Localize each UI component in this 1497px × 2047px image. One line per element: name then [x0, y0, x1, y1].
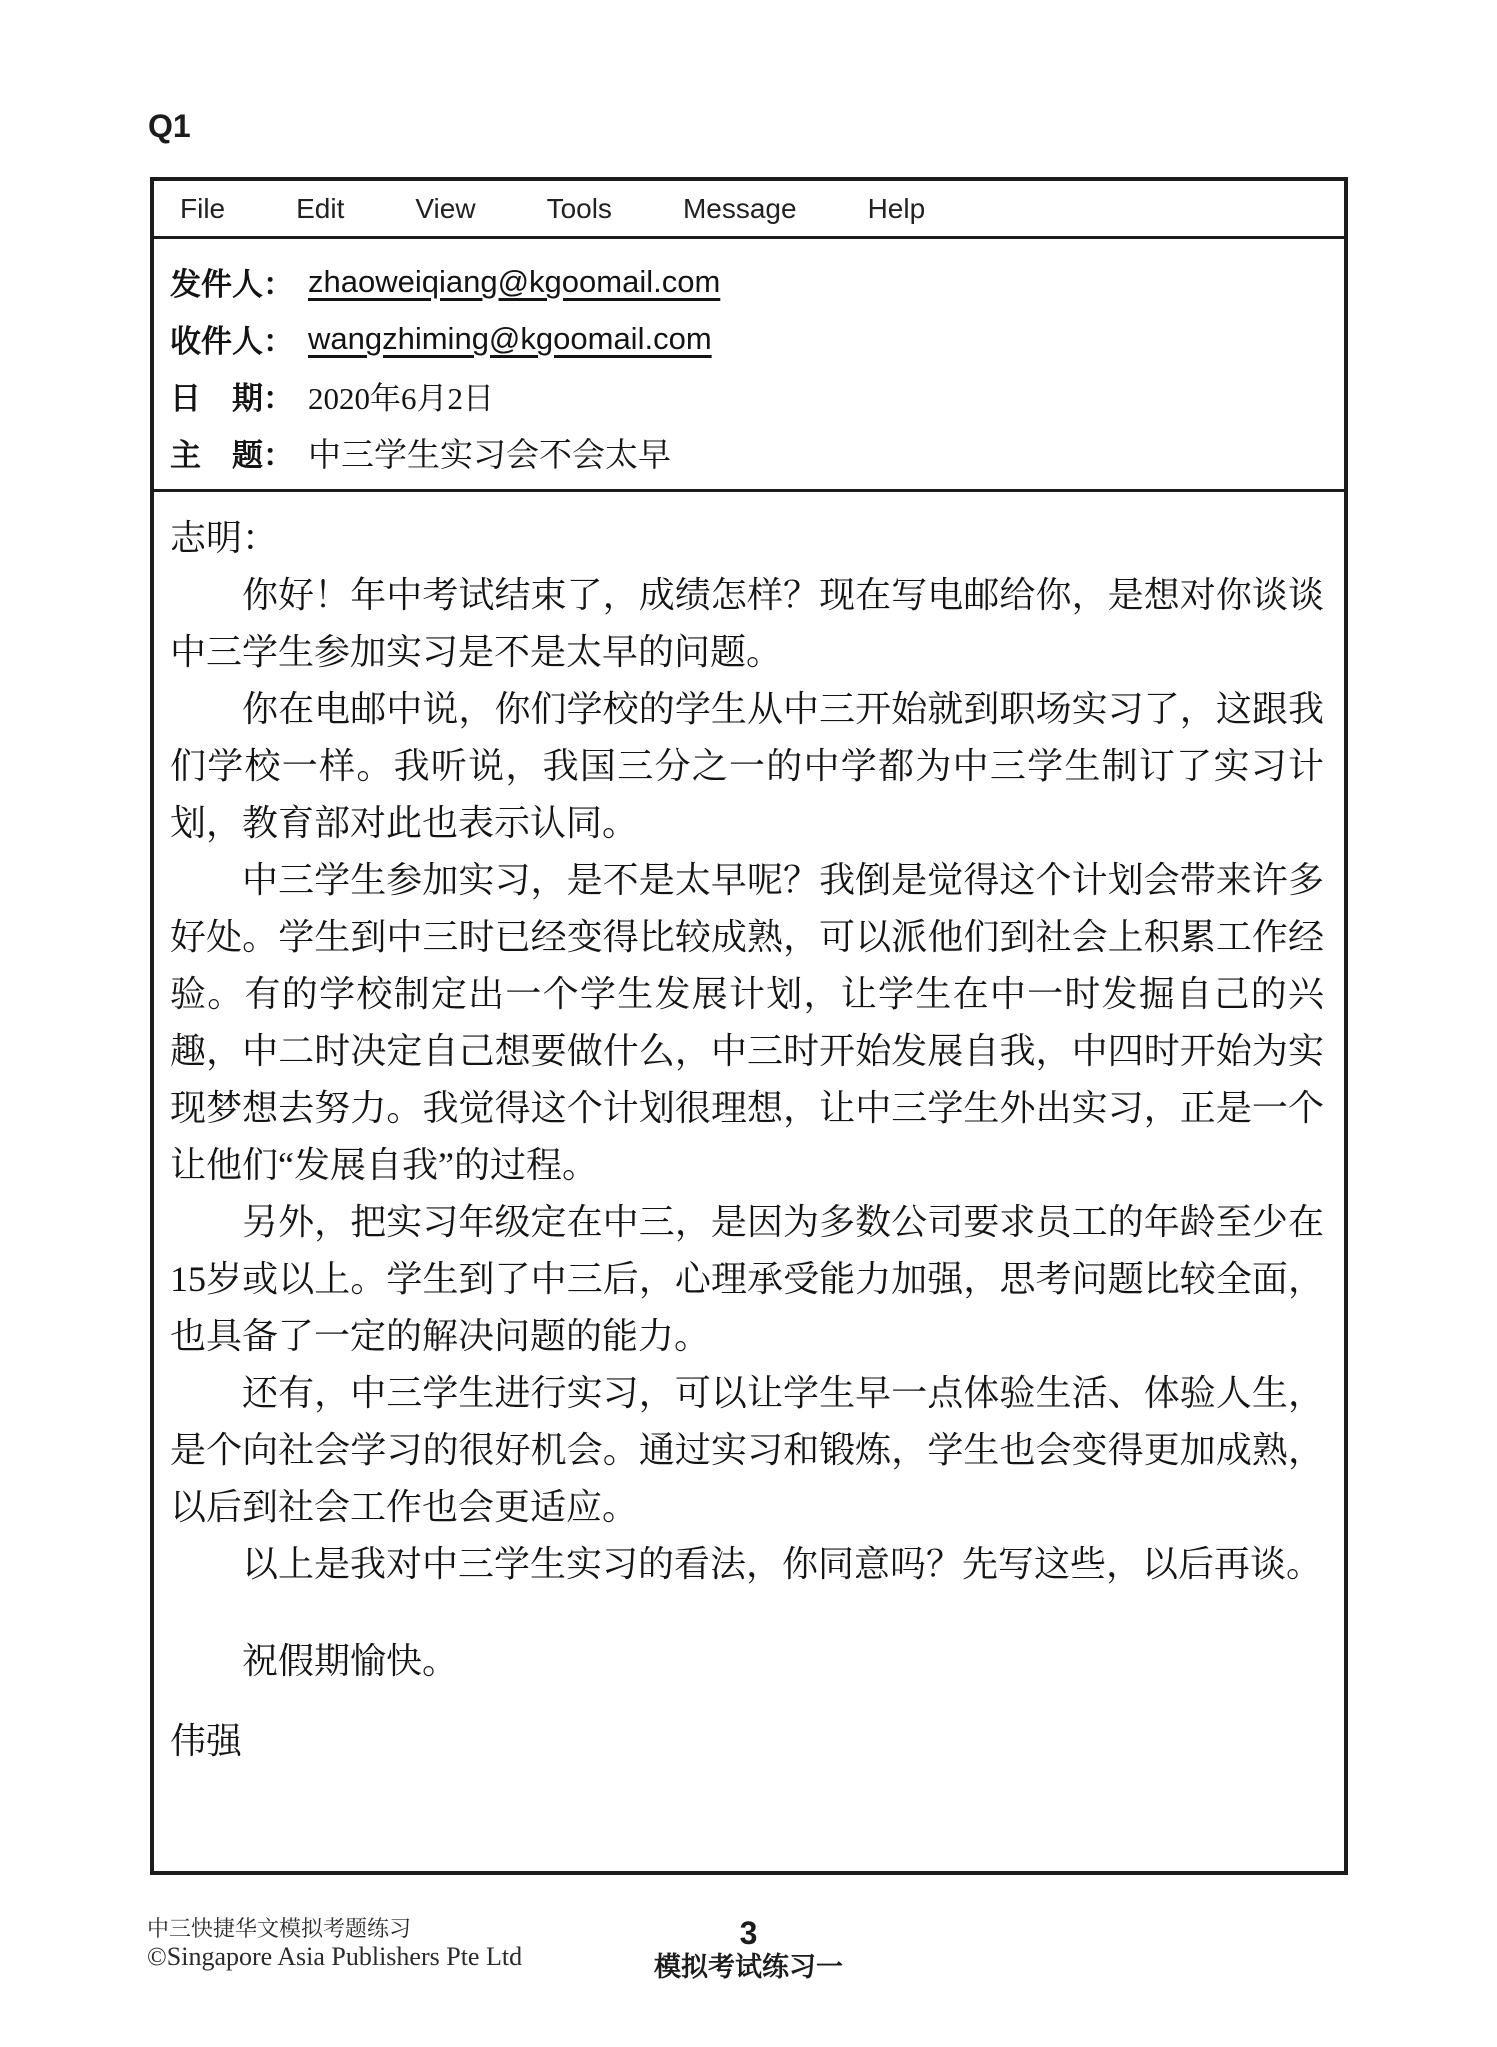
- to-row: 收件人： wangzhiming@kgoomail.com: [170, 310, 1324, 367]
- body-paragraph-1: 你好！年中考试结束了，成绩怎样？现在写电邮给你，是想对你谈谈中三学生参加实习是不…: [170, 567, 1324, 681]
- page-number: 3: [569, 1916, 929, 1950]
- body-paragraph-6: 以上是我对中三学生实习的看法，你同意吗？先写这些，以后再谈。: [170, 1536, 1324, 1593]
- menu-help[interactable]: Help: [868, 193, 926, 225]
- from-address[interactable]: zhaoweiqiang@kgoomail.com: [308, 264, 720, 300]
- from-label: 发件人：: [170, 259, 294, 304]
- subject-row: 主 题： 中三学生实习会不会太早: [170, 424, 1324, 481]
- menu-view[interactable]: View: [415, 193, 475, 225]
- menu-message[interactable]: Message: [683, 193, 797, 225]
- footer-series-title: 中三快捷华文模拟考题练习: [147, 1916, 522, 1942]
- footer-left: 中三快捷华文模拟考题练习 ©Singapore Asia Publishers …: [147, 1916, 522, 1972]
- body-paragraph-2: 你在电邮中说，你们学校的学生从中三开始就到职场实习了，这跟我们学校一样。我听说，…: [170, 681, 1324, 852]
- menu-bar: File Edit View Tools Message Help: [154, 181, 1344, 239]
- date-label: 日 期：: [170, 373, 294, 418]
- email-body: 志明： 你好！年中考试结束了，成绩怎样？现在写电邮给你，是想对你谈谈中三学生参加…: [154, 492, 1344, 1770]
- to-address[interactable]: wangzhiming@kgoomail.com: [308, 321, 712, 357]
- subject-value: 中三学生实习会不会太早: [308, 429, 671, 476]
- exam-page: Q1 File Edit View Tools Message Help 发件人…: [0, 0, 1497, 2047]
- question-label: Q1: [148, 108, 191, 145]
- footer-publisher: ©Singapore Asia Publishers Pte Ltd: [147, 1942, 522, 1972]
- date-row: 日 期： 2020年6月2日: [170, 367, 1324, 424]
- date-value: 2020年6月2日: [308, 373, 494, 418]
- email-headers: 发件人： zhaoweiqiang@kgoomail.com 收件人： wang…: [154, 239, 1344, 492]
- menu-file[interactable]: File: [180, 193, 225, 225]
- footer-center: 3 模拟考试练习一: [569, 1916, 929, 1984]
- subject-label: 主 题：: [170, 430, 294, 475]
- footer-section-title: 模拟考试练习一: [569, 1950, 929, 1984]
- salutation: 志明：: [170, 510, 1324, 567]
- signature: 伟强: [170, 1713, 1324, 1770]
- body-paragraph-4: 另外，把实习年级定在中三，是因为多数公司要求员工的年龄至少在15岁或以上。学生到…: [170, 1194, 1324, 1365]
- body-paragraph-5: 还有，中三学生进行实习，可以让学生早一点体验生活、体验人生，是个向社会学习的很好…: [170, 1365, 1324, 1536]
- body-paragraph-3: 中三学生参加实习，是不是太早呢？我倒是觉得这个计划会带来许多好处。学生到中三时已…: [170, 852, 1324, 1194]
- closing-blessing: 祝假期愉快。: [170, 1633, 1324, 1690]
- email-window: File Edit View Tools Message Help 发件人： z…: [150, 177, 1348, 1875]
- menu-edit[interactable]: Edit: [296, 193, 344, 225]
- to-label: 收件人：: [170, 316, 294, 361]
- menu-tools[interactable]: Tools: [547, 193, 612, 225]
- from-row: 发件人： zhaoweiqiang@kgoomail.com: [170, 253, 1324, 310]
